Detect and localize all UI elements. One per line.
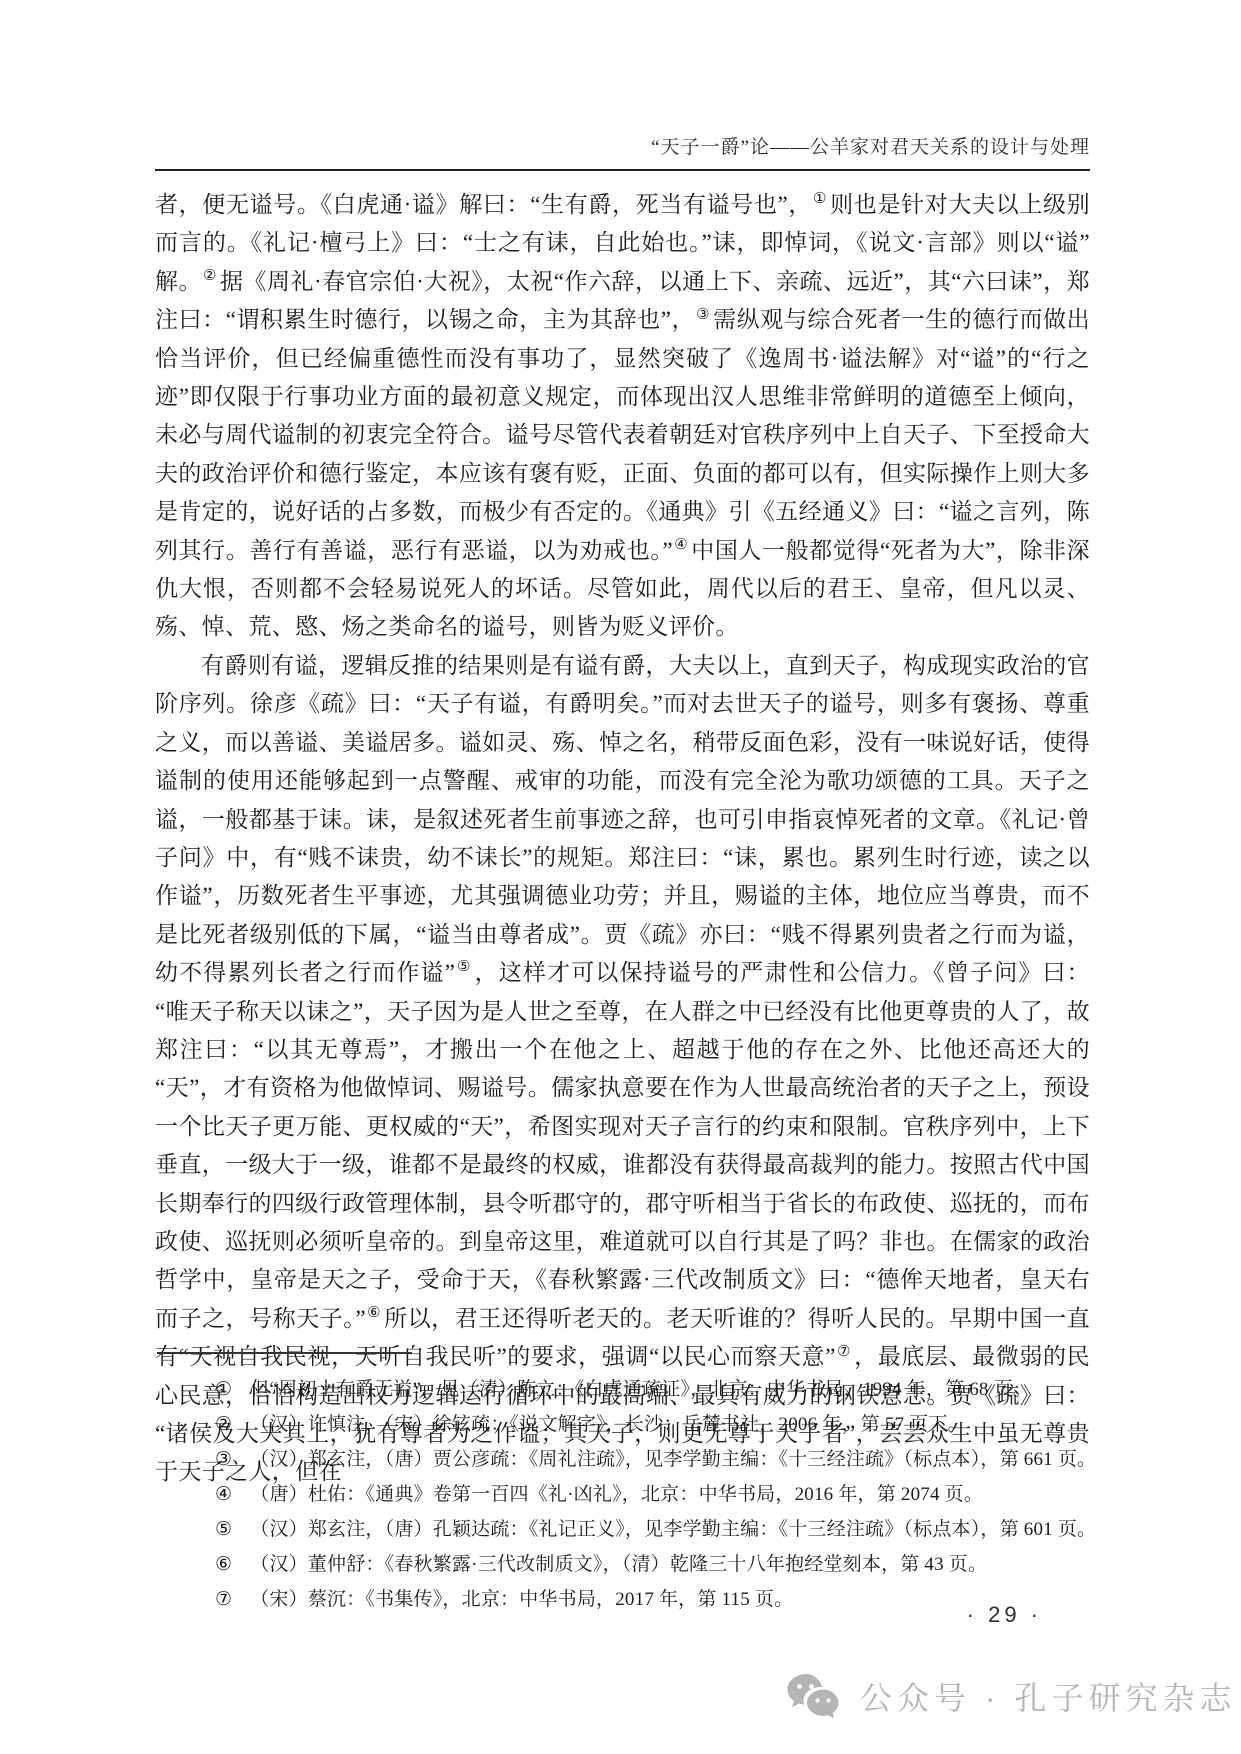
footnote-text: （汉）董仲舒：《春秋繁露·三代改制质文》，（清）乾隆三十八年抱经堂刻本，第 43… <box>250 1547 987 1582</box>
footnote-text: （汉）许慎注，（宋）徐铉疏：《说文解字》，长沙：岳麓书社，2006 年，第 57… <box>250 1407 967 1442</box>
footnote-reference: ⑤ <box>456 959 471 975</box>
footnote-text: （汉）郑玄注，（唐）贾公彦疏：《周礼注疏》，见李学勤主编：《十三经注疏》（标点本… <box>250 1442 1096 1477</box>
watermark-text: 公众号 · 孔子研究杂志 <box>860 1673 1236 1719</box>
footnote-reference: ① <box>813 191 827 207</box>
article-body: 者，便无谥号。《白虎通·谥》解曰：“生有爵，死当有谥号也”，①则也是针对大夫以上… <box>155 186 1090 1492</box>
footnote-item: ① 但“周初士有爵无谥”，见（清）陈立：《白虎通疏证》，北京：中华书局，1994… <box>155 1372 1115 1407</box>
footnote-marker: ③ <box>155 1442 232 1477</box>
footnote-text: 但“周初士有爵无谥”，见（清）陈立：《白虎通疏证》，北京：中华书局，1994 年… <box>250 1372 1032 1407</box>
footnote-reference: ④ <box>674 537 688 553</box>
footnote-reference: ② <box>203 268 217 284</box>
footnote-reference: ③ <box>696 307 710 323</box>
footnote-marker: ② <box>155 1407 232 1442</box>
footnote-separator <box>157 1352 412 1354</box>
wechat-icon <box>786 1672 842 1720</box>
header-rule <box>155 169 1090 171</box>
paragraph: 有爵则有谥，逻辑反推的结果则是有谥有爵，大夫以上，直到天子，构成现实政治的官阶序… <box>155 647 1090 1492</box>
footnote-marker: ④ <box>155 1477 232 1512</box>
footnote-item: ⑤ （汉）郑玄注，（唐）孔颖达疏：《礼记正义》，见李学勤主编：《十三经注疏》（标… <box>155 1512 1115 1547</box>
footnote-text: （唐）杜佑：《通典》卷第一百四《礼·凶礼》，北京：中华书局，2016 年，第 2… <box>250 1477 983 1512</box>
footnote-reference: ⑦ <box>837 1344 851 1360</box>
footnotes-section: ① 但“周初士有爵无谥”，见（清）陈立：《白虎通疏证》，北京：中华书局，1994… <box>155 1372 1115 1617</box>
footnote-item: ② （汉）许慎注，（宋）徐铉疏：《说文解字》，长沙：岳麓书社，2006 年，第 … <box>155 1407 1115 1442</box>
footnote-marker: ① <box>155 1372 232 1407</box>
running-head-title: “天子一爵”论——公羊家对君天关系的设计与处理 <box>155 132 1090 159</box>
footnote-item: ④ （唐）杜佑：《通典》卷第一百四《礼·凶礼》，北京：中华书局，2016 年，第… <box>155 1477 1115 1512</box>
paragraph: 者，便无谥号。《白虎通·谥》解曰：“生有爵，死当有谥号也”，①则也是针对大夫以上… <box>155 186 1090 647</box>
footnote-text: （汉）郑玄注，（唐）孔颖达疏：《礼记正义》，见李学勤主编：《十三经注疏》（标点本… <box>250 1512 1096 1547</box>
footnote-item: ⑥ （汉）董仲舒：《春秋繁露·三代改制质文》，（清）乾隆三十八年抱经堂刻本，第 … <box>155 1547 1115 1582</box>
page-number: · 29 · <box>155 1602 1090 1628</box>
footnote-item: ③ （汉）郑玄注，（唐）贾公彦疏：《周礼注疏》，见李学勤主编：《十三经注疏》（标… <box>155 1442 1115 1477</box>
journal-page: “天子一爵”论——公羊家对君天关系的设计与处理 者，便无谥号。《白虎通·谥》解曰… <box>0 0 1241 1754</box>
footnote-marker: ⑥ <box>155 1547 232 1582</box>
footnote-reference: ⑥ <box>367 1305 381 1321</box>
footnote-marker: ⑤ <box>155 1512 232 1547</box>
watermark: 公众号 · 孔子研究杂志 <box>786 1672 1236 1720</box>
